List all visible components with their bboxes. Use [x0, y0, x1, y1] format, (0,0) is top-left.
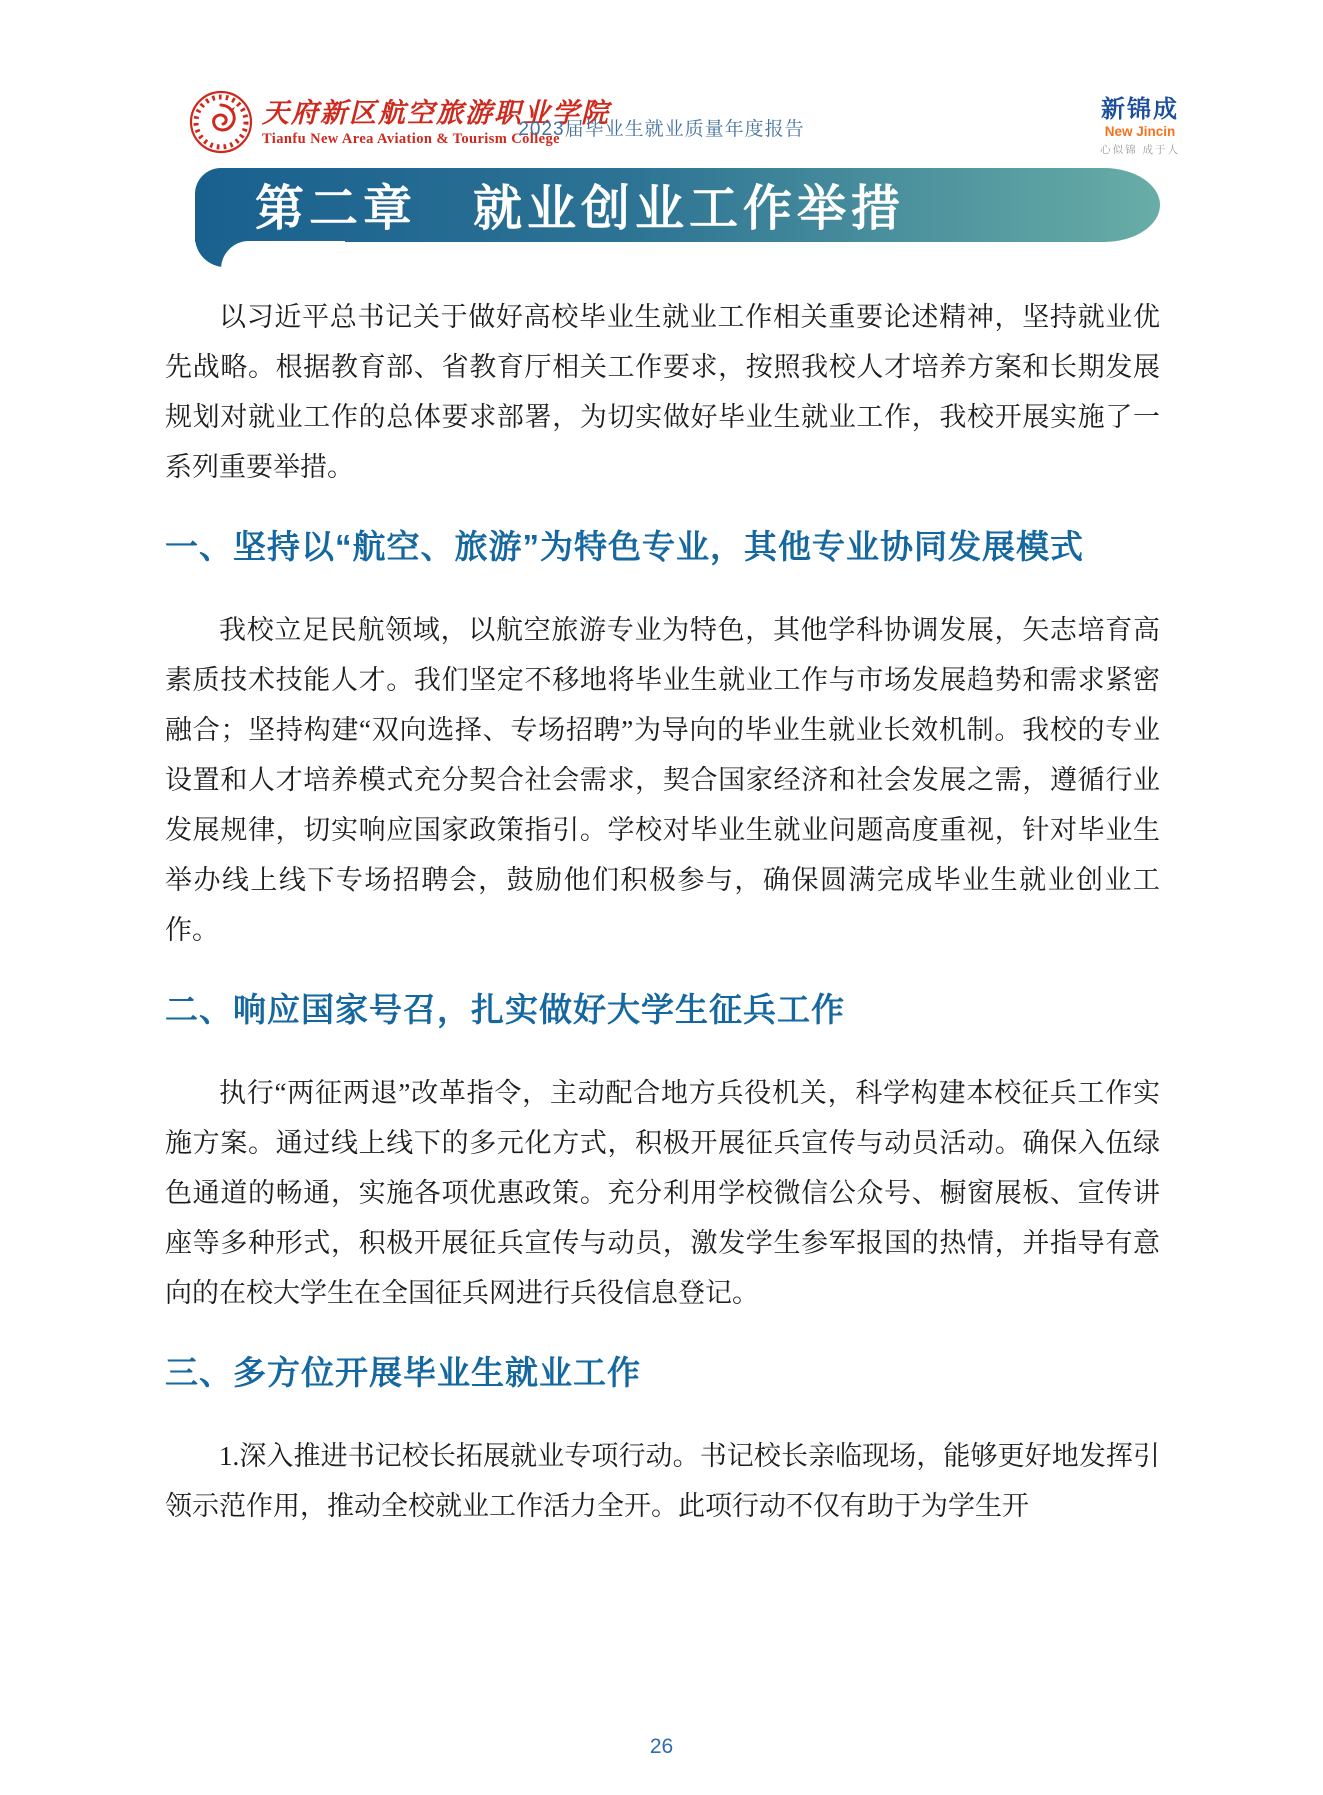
brand-logo: 新锦成 New Jincin 心似锦 成于人: [1100, 96, 1180, 158]
page-header: 天府新区航空旅游职业学院 Tianfu New Area Aviation & …: [0, 0, 1323, 168]
section-3-body: 1.深入推进书记校长拓展就业专项行动。书记校长亲临现场，能够更好地发挥引领示范作…: [165, 1431, 1160, 1531]
section-1-body: 我校立足民航领域，以航空旅游专业为特色，其他学科协调发展，矢志培育高素质技术技能…: [165, 605, 1160, 955]
brand-name-en: New Jincin: [1100, 124, 1180, 140]
section-2-heading: 二、响应国家号召，扎实做好大学生征兵工作: [165, 977, 1160, 1043]
page-content: 以习近平总书记关于做好高校毕业生就业工作相关重要论述精神，坚持就业优先战略。根据…: [165, 292, 1160, 1531]
chapter-banner-bar: 第二章 就业创业工作举措: [195, 168, 1160, 242]
chapter-banner: 第二章 就业创业工作举措: [195, 168, 1160, 242]
section-2-body: 执行“两征两退”改革指令，主动配合地方兵役机关，科学构建本校征兵工作实施方案。通…: [165, 1068, 1160, 1318]
brand-name-cn: 新锦成: [1100, 96, 1180, 124]
page-number: 26: [0, 1735, 1323, 1759]
document-page: 天府新区航空旅游职业学院 Tianfu New Area Aviation & …: [0, 0, 1323, 1795]
chapter-number: 第二章: [255, 170, 417, 240]
banner-swoosh-decoration: [195, 241, 345, 267]
section-3-heading: 三、多方位开展毕业生就业工作: [165, 1340, 1160, 1406]
chapter-title: 就业创业工作举措: [473, 170, 905, 240]
brand-tagline: 心似锦 成于人: [1100, 143, 1180, 158]
section-1-heading: 一、坚持以“航空、旅游”为特色专业，其他专业协同发展模式: [165, 514, 1160, 580]
intro-paragraph: 以习近平总书记关于做好高校毕业生就业工作相关重要论述精神，坚持就业优先战略。根据…: [165, 292, 1160, 492]
